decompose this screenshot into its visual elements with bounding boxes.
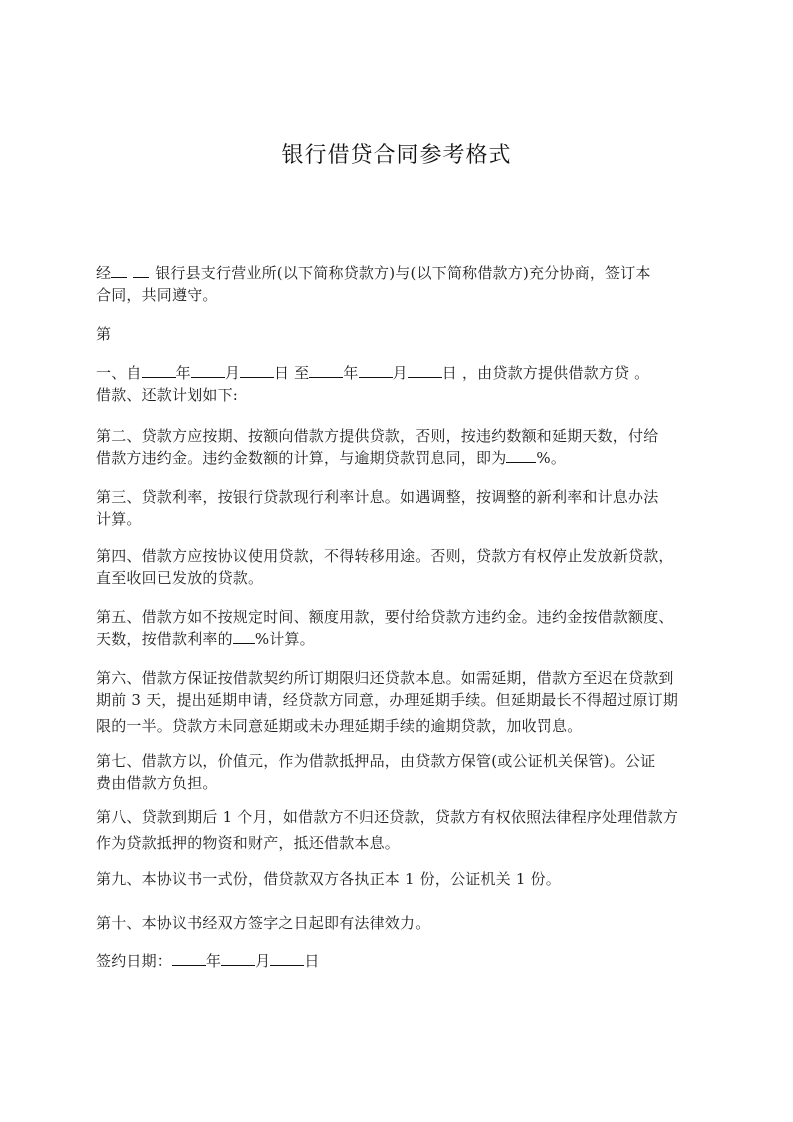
start-year-blank (142, 363, 176, 378)
clause-7-line-1: 第七、借款方以，价值元，作为借款抵押品，由贷款方保管(或公证机关保管)。公证 (96, 750, 710, 772)
signing-date: 签约日期：年月日 (96, 950, 710, 972)
clause-6-line-3: 限的一半。贷款方未同意延期或未办理延期手续的逾期贷款，加收罚息。 (96, 715, 710, 737)
start-day-blank (240, 363, 274, 378)
clause-3-line-2: 计算。 (96, 508, 710, 530)
section-marker: 第 (96, 323, 710, 345)
clause-2: 第二、贷款方应按期、按额向借款方提供贷款，否则，按违约数额和延期天数，付给 借款… (96, 425, 710, 469)
clause-8-line-2: 作为贷款抵押的物资和财产，抵还借款本息。 (96, 832, 710, 854)
clause-10-line-1: 第十、本协议书经双方签字之日起即有法律效力。 (96, 912, 710, 934)
start-month-blank (191, 363, 225, 378)
clause-10: 第十、本协议书经双方签字之日起即有法律效力。 (96, 912, 710, 934)
bank-name-blank-1 (111, 263, 127, 278)
document-page: 银行借贷合同参考格式 经银行县支行营业所(以下简称贷款方)与(以下简称借款方)充… (0, 0, 793, 1122)
clause-8-line-1: 第八、贷款到期后 1 个月，如借款方不归还贷款，贷款方有权依照法律程序处理借款方 (96, 806, 710, 828)
clause-7-line-2: 费由借款方负担。 (96, 772, 710, 794)
clause-6-line-1: 第六、借款方保证按借款契约所订期限归还贷款本息。如需延期，借款方至迟在贷款到 (96, 667, 710, 689)
clause-5-line-1: 第五、借款方如不按规定时间、额度用款，要付给贷款方违约金。违约金按借款额度、 (96, 606, 710, 628)
clause-6-line-2: 期前 3 天，提出延期申请，经贷款方同意，办理延期手续。但延期最长不得超过原订期 (96, 689, 710, 711)
intro-paragraph: 经银行县支行营业所(以下简称贷款方)与(以下简称借款方)充分协商，签订本 合同，… (96, 262, 710, 306)
sign-day-blank (270, 951, 304, 966)
intro-line-1: 经银行县支行营业所(以下简称贷款方)与(以下简称借款方)充分协商，签订本 (96, 262, 710, 284)
clause-3-line-1: 第三、贷款利率，按银行贷款现行利率计息。如遇调整，按调整的新利率和计息办法 (96, 486, 710, 508)
clause-1-line-1: 一、自年月日 至年月日 ，由贷款方提供借款方贷 。 (96, 362, 710, 384)
intro-line-2: 合同，共同遵守。 (96, 284, 710, 306)
end-day-blank (408, 363, 442, 378)
clause-2-line-1: 第二、贷款方应按期、按额向借款方提供贷款，否则，按违约数额和延期天数，付给 (96, 425, 710, 447)
clause-8: 第八、贷款到期后 1 个月，如借款方不归还贷款，贷款方有权依照法律程序处理借款方… (96, 806, 710, 854)
clause-4-line-1: 第四、借款方应按协议使用贷款，不得转移用途。否则，贷款方有权停止发放新贷款， (96, 545, 710, 567)
clause-1: 一、自年月日 至年月日 ，由贷款方提供借款方贷 。 借款、还款计划如下: (96, 362, 710, 406)
document-title: 银行借贷合同参考格式 (0, 138, 793, 169)
clause-7: 第七、借款方以，价值元，作为借款抵押品，由贷款方保管(或公证机关保管)。公证 费… (96, 750, 710, 794)
clause-6: 第六、借款方保证按借款契约所订期限归还贷款本息。如需延期，借款方至迟在贷款到 期… (96, 667, 710, 737)
clause-2-line-2: 借款方违约金。违约金数额的计算，与逾期贷款罚息同，即为%。 (96, 447, 710, 469)
clause-5: 第五、借款方如不按规定时间、额度用款，要付给贷款方违约金。违约金按借款额度、 天… (96, 606, 710, 650)
sign-month-blank (221, 951, 255, 966)
clause-4: 第四、借款方应按协议使用贷款，不得转移用途。否则，贷款方有权停止发放新贷款， 直… (96, 545, 710, 589)
clause-3: 第三、贷款利率，按银行贷款现行利率计息。如遇调整，按调整的新利率和计息办法 计算… (96, 486, 710, 530)
clause-1-line-2: 借款、还款计划如下: (96, 384, 710, 406)
penalty-rate-blank (506, 448, 536, 463)
end-year-blank (309, 363, 343, 378)
interest-rate-blank (233, 629, 255, 644)
clause-9: 第九、本协议书一式份，借贷款双方各执正本 1 份，公证机关 1 份。 (96, 868, 710, 890)
clause-5-line-2: 天数，按借款利率的%计算。 (96, 628, 710, 650)
clause-4-line-2: 直至收回已发放的贷款。 (96, 567, 710, 589)
end-month-blank (359, 363, 393, 378)
signing-date-line: 签约日期：年月日 (96, 950, 710, 972)
sign-year-blank (172, 951, 206, 966)
clause-9-line-1: 第九、本协议书一式份，借贷款双方各执正本 1 份，公证机关 1 份。 (96, 868, 710, 890)
bank-name-blank-2 (133, 263, 149, 278)
